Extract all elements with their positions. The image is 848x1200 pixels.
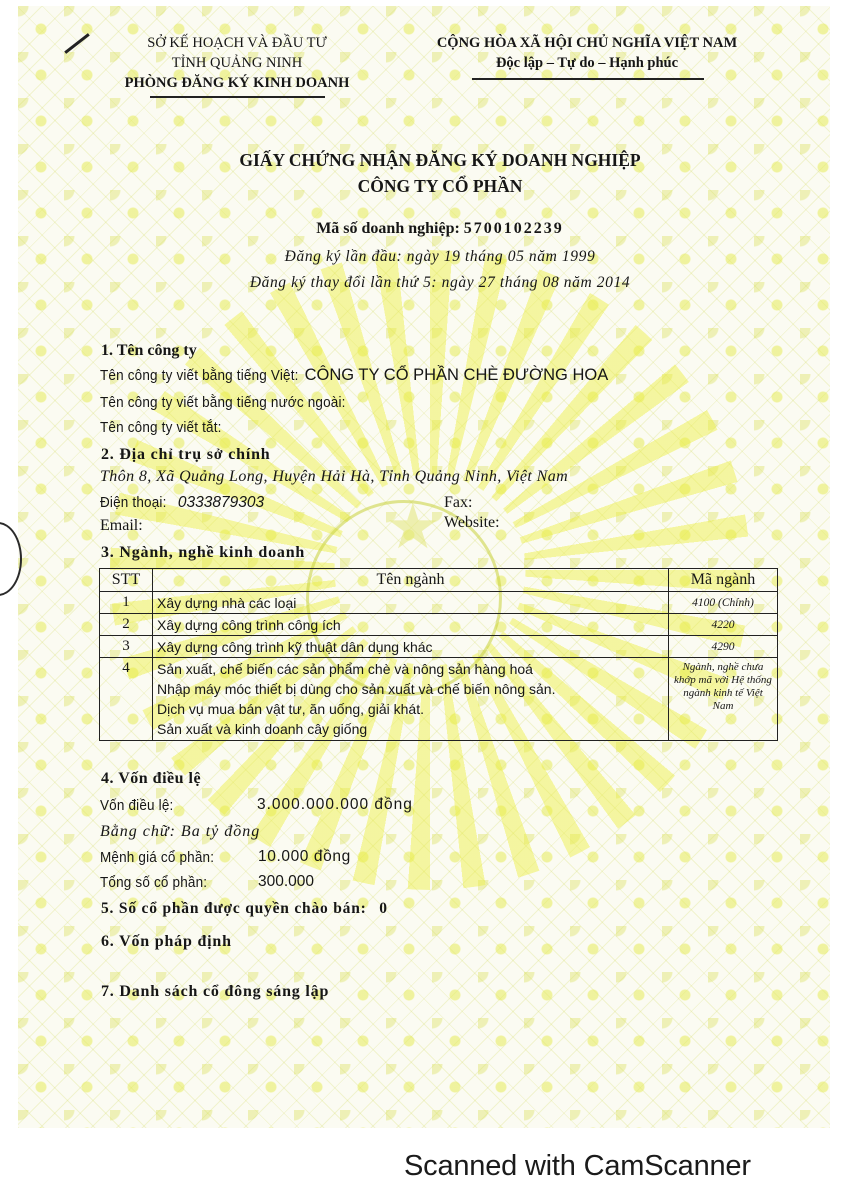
- title-main: GIẤY CHỨNG NHẬN ĐĂNG KÝ DOANH NGHIỆP: [150, 147, 730, 173]
- row-stt: 1: [100, 592, 153, 614]
- capital-value: 3.000.000.000 đồng: [257, 796, 413, 814]
- table-row: 1 Xây dựng nhà các loại 4100 (Chính): [100, 592, 778, 614]
- row-stt: 4: [100, 658, 153, 741]
- section-business-lines-heading: 3. Ngành, nghề kinh doanh: [101, 544, 305, 562]
- foreign-name-label: Tên công ty viết bằng tiếng nước ngoài:: [100, 394, 346, 411]
- phone-row: Điện thoại: 0333879303: [100, 494, 264, 512]
- par-value-label: Mệnh giá cổ phần:: [100, 849, 214, 866]
- table-row: 3 Xây dựng công trình kỹ thuật dân dụng …: [100, 636, 778, 658]
- offerable-shares-value: 0: [379, 900, 388, 917]
- first-registration: Đăng ký lần đầu: ngày 19 tháng 05 năm 19…: [150, 248, 730, 266]
- section-legal-capital-heading: 6. Vốn pháp định: [101, 933, 232, 951]
- business-code-line: Mã số doanh nghiệp: 5700102239: [150, 220, 730, 238]
- table-row: 4 Sản xuất, chế biến các sản phẩm chè và…: [100, 658, 778, 741]
- column-header-stt: STT: [100, 569, 153, 592]
- total-shares-label: Tổng số cổ phần:: [100, 874, 207, 891]
- star-icon: ★: [385, 497, 441, 559]
- column-header-code: Mã ngành: [669, 569, 778, 592]
- section-company-name-heading: 1. Tên công ty: [101, 342, 197, 360]
- row-name: Xây dựng công trình kỹ thuật dân dụng kh…: [153, 636, 669, 658]
- section-charter-capital-heading: 4. Vốn điều lệ: [101, 770, 201, 788]
- issuer-office: PHÒNG ĐĂNG KÝ KINH DOANH: [108, 73, 366, 93]
- row-name-line: Dịch vụ mua bán vật tư, ăn uống, giải kh…: [157, 699, 664, 719]
- issuer-department: SỞ KẾ HOẠCH VÀ ĐẦU TƯ: [108, 33, 366, 53]
- issuer-block: SỞ KẾ HOẠCH VÀ ĐẦU TƯ TỈNH QUẢNG NINH PH…: [108, 33, 366, 93]
- address-value: Thôn 8, Xã Quảng Long, Huyện Hải Hà, Tỉn…: [100, 468, 568, 486]
- section-address-heading: 2. Địa chỉ trụ sở chính: [101, 446, 271, 464]
- row-code: 4290: [669, 636, 778, 658]
- row-name: Xây dựng nhà các loại: [153, 592, 669, 614]
- phone-value: 0333879303: [178, 494, 264, 511]
- change-registration: Đăng ký thay đổi lần thứ 5: ngày 27 thán…: [150, 274, 730, 292]
- website-label: Website:: [444, 514, 500, 532]
- row-code: 4100 (Chính): [669, 592, 778, 614]
- short-name-label: Tên công ty viết tắt:: [100, 419, 222, 436]
- table-header-row: STT Tên ngành Mã ngành: [100, 569, 778, 592]
- row-name-line: Sản xuất, chế biến các sản phẩm chè và n…: [157, 659, 664, 679]
- motto: Độc lập – Tự do – Hạnh phúc: [412, 53, 762, 73]
- business-code-value: 5700102239: [464, 220, 564, 237]
- business-lines-table: STT Tên ngành Mã ngành 1 Xây dựng nhà cá…: [99, 568, 778, 741]
- section-offerable-shares: 5. Số cổ phần được quyền chào bán: 0: [101, 900, 388, 918]
- national-motto-block: CỘNG HÒA XÃ HỘI CHỦ NGHĨA VIỆT NAM Độc l…: [412, 33, 762, 73]
- title-sub: CÔNG TY CỔ PHẦN: [150, 173, 730, 199]
- country-name: CỘNG HÒA XÃ HỘI CHỦ NGHĨA VIỆT NAM: [412, 33, 762, 53]
- phone-label: Điện thoại:: [100, 494, 167, 511]
- fax-label: Fax:: [444, 494, 472, 512]
- par-value: 10.000 đồng: [258, 848, 351, 866]
- email-label: Email:: [100, 517, 143, 535]
- row-name-line: Nhập máy móc thiết bị dùng cho sản xuất …: [157, 679, 664, 699]
- document-title: GIẤY CHỨNG NHẬN ĐĂNG KÝ DOANH NGHIỆP CÔN…: [150, 147, 730, 199]
- row-code: 4220: [669, 614, 778, 636]
- row-stt: 3: [100, 636, 153, 658]
- issuer-province: TỈNH QUẢNG NINH: [108, 53, 366, 73]
- motto-underline: [472, 78, 704, 80]
- section-founding-shareholders-heading: 7. Danh sách cổ đông sáng lập: [101, 983, 329, 1001]
- row-stt: 2: [100, 614, 153, 636]
- total-shares-value: 300.000: [258, 873, 314, 891]
- column-header-name: Tên ngành: [153, 569, 669, 592]
- vn-name-row: Tên công ty viết bằng tiếng Việt: CÔNG T…: [100, 366, 608, 385]
- camscanner-watermark: Scanned with CamScanner: [404, 1150, 751, 1183]
- issuer-underline: [150, 96, 325, 98]
- row-name: Xây dựng công trình công ích: [153, 614, 669, 636]
- offerable-shares-label: 5. Số cổ phần được quyền chào bán:: [101, 900, 367, 917]
- capital-label: Vốn điều lệ:: [100, 797, 173, 814]
- table-row: 2 Xây dựng công trình công ích 4220: [100, 614, 778, 636]
- row-name-line: Sản xuất và kinh doanh cây giống: [157, 719, 664, 739]
- business-code-label: Mã số doanh nghiệp:: [316, 220, 460, 237]
- vn-name-value: CÔNG TY CỔ PHẦN CHÈ ĐƯỜNG HOA: [305, 366, 609, 384]
- row-code: Ngành, nghề chưa khớp mã với Hệ thống ng…: [669, 658, 778, 741]
- vn-name-label: Tên công ty viết bằng tiếng Việt:: [100, 367, 299, 384]
- row-name: Sản xuất, chế biến các sản phẩm chè và n…: [153, 658, 669, 741]
- capital-in-words: Bằng chữ: Ba tỷ đồng: [100, 823, 260, 841]
